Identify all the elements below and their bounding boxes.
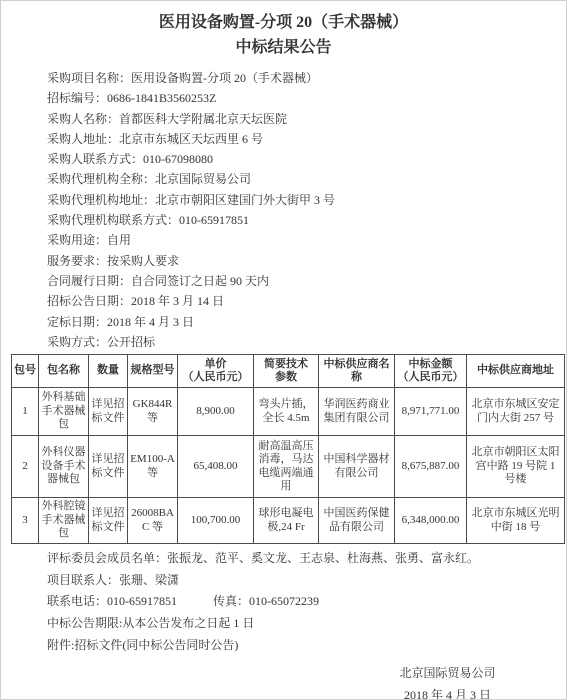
col-package-name: 包名称	[39, 355, 89, 388]
info-contract-period: 合同履行日期：自合同签订之日起 90 天内	[47, 271, 556, 291]
attachment-note: 附件:招标文件(同中标公告同时公告)	[47, 635, 556, 657]
announcement-period: 中标公告期限:从本公告发布之日起 1 日	[47, 613, 556, 635]
cell-package-name: 外科腔镜手术器械包	[39, 498, 89, 544]
col-unit-price: 单价 （人民币元）	[178, 355, 254, 388]
cell-quantity: 详见招标文件	[89, 388, 128, 436]
cell-package-name: 外科基础手术器械包	[39, 388, 89, 436]
cell-supplier-address: 北京市东城区光明中街 18 号	[467, 498, 565, 544]
info-purchase-method: 采购方式：公开招标	[47, 332, 556, 352]
table-row: 3 外科腔镜手术器械包 详见招标文件 26008BAC 等 100,700.00…	[12, 498, 565, 544]
info-agency-name: 采购代理机构全称：北京国际贸易公司	[47, 169, 556, 189]
project-info-section: 采购项目名称：医用设备购置-分项 20（手术器械） 招标编号：0686-1841…	[47, 68, 556, 352]
col-supplier-name: 中标供应商名称	[319, 355, 395, 388]
cell-supplier-name: 中国医药保健品有限公司	[319, 498, 395, 544]
cell-package-name: 外科仪器设备手术器械包	[39, 436, 89, 498]
cell-tech-params: 球形电凝电极,24 Fr	[254, 498, 319, 544]
evaluation-committee: 评标委员会成员名单：张振龙、范平、奚文龙、王志泉、杜海燕、张勇、富永红。	[47, 548, 556, 570]
cell-award-amount: 6,348,000.00	[395, 498, 467, 544]
cell-model: 26008BAC 等	[128, 498, 178, 544]
info-agency-address: 采购代理机构地址：北京市朝阳区建国门外大街甲 3 号	[47, 190, 556, 210]
info-award-date: 定标日期：2018 年 4 月 3 日	[47, 312, 556, 332]
cell-quantity: 详见招标文件	[89, 498, 128, 544]
contact-phone-fax: 联系电话：010-65917851传真：010-65072239	[47, 591, 556, 613]
cell-package-no: 3	[12, 498, 39, 544]
cell-supplier-name: 华润医药商业集团有限公司	[319, 388, 395, 436]
info-tender-announce-date: 招标公告日期：2018 年 3 月 14 日	[47, 291, 556, 311]
announcement-page: 医用设备购置-分项 20（手术器械） 中标结果公告 采购项目名称：医用设备购置-…	[0, 0, 567, 700]
signature-date: 2018 年 4 月 3 日	[365, 684, 530, 700]
table-header-row: 包号 包名称 数量 规格型号 单价 （人民币元） 简要技术 参数 中标供应商名称…	[12, 355, 565, 388]
cell-unit-price: 100,700.00	[178, 498, 254, 544]
table-row: 2 外科仪器设备手术器械包 详见招标文件 EM100-A 等 65,408.00…	[12, 436, 565, 498]
cell-supplier-address: 北京市东城区安定门内大街 257 号	[467, 388, 565, 436]
footer-section: 评标委员会成员名单：张振龙、范平、奚文龙、王志泉、杜海燕、张勇、富永红。 项目联…	[47, 548, 556, 656]
signature-block: 北京国际贸易公司 2018 年 4 月 3 日	[365, 662, 530, 700]
cell-package-no: 2	[12, 436, 39, 498]
info-purchase-purpose: 采购用途：自用	[47, 230, 556, 250]
cell-quantity: 详见招标文件	[89, 436, 128, 498]
cell-tech-params: 耐高温高压消毒，马达电缆两端通用	[254, 436, 319, 498]
col-tech-params: 简要技术 参数	[254, 355, 319, 388]
cell-supplier-name: 中国科学器材有限公司	[319, 436, 395, 498]
info-purchaser-contact: 采购人联系方式：010-67098080	[47, 149, 556, 169]
contact-fax: 传真：010-65072239	[213, 594, 319, 608]
page-subtitle: 中标结果公告	[1, 33, 566, 63]
info-project-name: 采购项目名称：医用设备购置-分项 20（手术器械）	[47, 68, 556, 88]
info-purchaser-address: 采购人地址：北京市东城区天坛西里 6 号	[47, 129, 556, 149]
cell-package-no: 1	[12, 388, 39, 436]
info-tender-number: 招标编号：0686-1841B3560253Z	[47, 88, 556, 108]
page-title: 医用设备购置-分项 20（手术器械）	[1, 1, 566, 33]
contact-phone: 联系电话：010-65917851	[47, 594, 177, 608]
table-row: 1 外科基础手术器械包 详见招标文件 GK844R 等 8,900.00 弯头片…	[12, 388, 565, 436]
cell-tech-params: 弯头片插，全长 4.5m	[254, 388, 319, 436]
cell-award-amount: 8,675,887.00	[395, 436, 467, 498]
cell-model: GK844R 等	[128, 388, 178, 436]
col-supplier-address: 中标供应商地址	[467, 355, 565, 388]
signature-company: 北京国际贸易公司	[365, 662, 530, 684]
cell-unit-price: 65,408.00	[178, 436, 254, 498]
cell-supplier-address: 北京市朝阳区太阳宫中路 19 号院 1 号楼	[467, 436, 565, 498]
project-contact: 项目联系人：张珊、梁潇	[47, 570, 556, 592]
col-package-no: 包号	[12, 355, 39, 388]
info-purchaser-name: 采购人名称：首都医科大学附属北京天坛医院	[47, 109, 556, 129]
cell-model: EM100-A 等	[128, 436, 178, 498]
col-award-amount: 中标金额 （人民币元）	[395, 355, 467, 388]
col-quantity: 数量	[89, 355, 128, 388]
col-model: 规格型号	[128, 355, 178, 388]
cell-award-amount: 8,971,771.00	[395, 388, 467, 436]
info-agency-contact: 采购代理机构联系方式：010-65917851	[47, 210, 556, 230]
info-service-requirement: 服务要求：按采购人要求	[47, 251, 556, 271]
cell-unit-price: 8,900.00	[178, 388, 254, 436]
bid-result-table: 包号 包名称 数量 规格型号 单价 （人民币元） 简要技术 参数 中标供应商名称…	[11, 354, 565, 544]
